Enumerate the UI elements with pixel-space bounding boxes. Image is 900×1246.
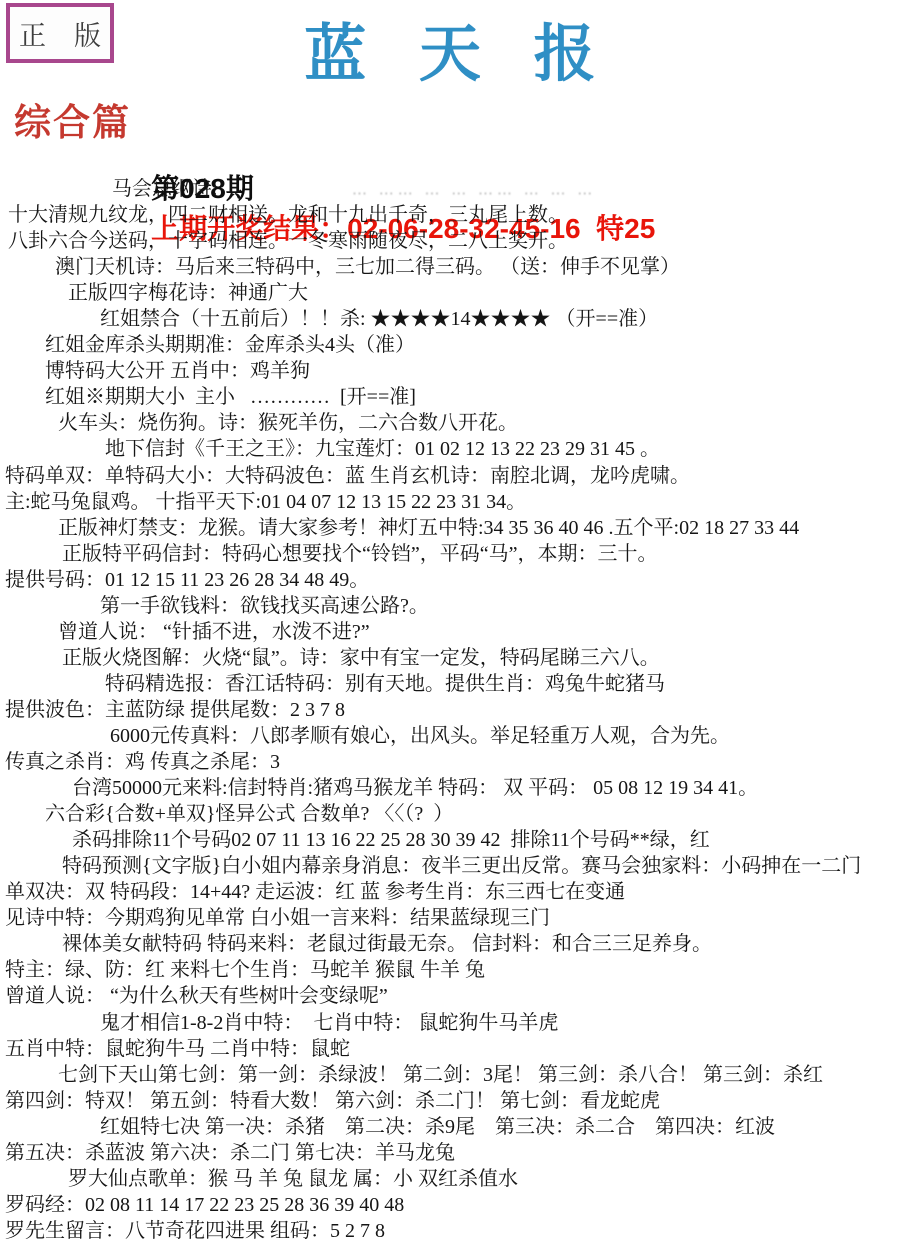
text-line: 特码预测{文字版}白小姐内幕亲身消息：夜半三更出反常。赛马会独家料：小码抻在一二…: [0, 853, 900, 879]
text-line: 正版四字梅花诗：神通广大: [0, 280, 900, 306]
text-line: 火车头：烧伤狗。诗：猴死羊伤，二六合数八开花。: [0, 410, 900, 436]
text-line: 正版特平码信封：特码心想要找个“铃铛”，平码“马”，本期：三十。: [0, 541, 900, 567]
text-line: 第一手欲钱料：欲钱找买高速公路?。: [0, 593, 900, 619]
text-line: 红姐禁合（十五前后）！！杀: ★★★★14★★★★ （开==准）: [0, 306, 900, 332]
text-line: 罗大仙点歌单：猴 马 羊 兔 鼠龙 属：小 双红杀值水: [0, 1166, 900, 1192]
text-line: 杀码排除11个号码02 07 11 13 16 22 25 28 30 39 4…: [0, 827, 900, 853]
text-line: 正版火烧图解：火烧“鼠”。诗：家中有宝一定发，特码尾睇三六八。: [0, 645, 900, 671]
text-line: 七剑下天山第七剑：第一剑：杀绿波！ 第二剑：3尾！ 第三剑：杀八合！ 第三剑：杀…: [0, 1062, 900, 1088]
text-line: 马会总纲诗:: [0, 176, 900, 202]
text-line: 主:蛇马兔鼠鸡。 十指平天下:01 04 07 12 13 15 22 23 3…: [0, 489, 900, 515]
text-line: 六合彩{合数+单双}怪异公式 合数单? 〈〈（? ）: [0, 801, 900, 827]
text-line: 单双决：双 特码段：14+44? 走运波：红 蓝 参考生肖：东三西七在变通: [0, 879, 900, 905]
text-line: 6000元传真料：八郎孝顺有娘心，出风头。举足轻重万人观，合为先。: [0, 723, 900, 749]
text-line: 提供波色：主蓝防绿 提供尾数：2 3 7 8: [0, 697, 900, 723]
text-line: 红姐特七决 第一决：杀猪 第二决：杀9尾 第三决：杀二合 第四决：红波: [0, 1114, 900, 1140]
text-line: 特码精选报：香江话特码：别有天地。提供生肖：鸡兔牛蛇猪马: [0, 671, 900, 697]
text-line: 罗先生留言：八节奇花四进果 组码：5 2 7 8: [0, 1218, 900, 1244]
text-line: 曾道人说： “为什么秋天有些树叶会变绿呢”: [0, 983, 900, 1009]
text-line: 提供号码：01 12 15 11 23 26 28 34 48 49。: [0, 567, 900, 593]
text-line: 传真之杀肖：鸡 传真之杀尾：3: [0, 749, 900, 775]
text-line: 澳门天机诗：马后来三特码中，三七加二得三码。 （送：伸手不见掌）: [0, 254, 900, 280]
text-line: 鬼才相信1-8-2肖中特： 七肖中特： 鼠蛇狗牛马羊虎: [0, 1010, 900, 1036]
text-line: 第五决：杀蓝波 第六决：杀二门 第七决：羊马龙兔: [0, 1140, 900, 1166]
text-line: 曾道人说： “针插不进，水泼不进?”: [0, 619, 900, 645]
text-line: 十大清规九纹龙，四二财相送。龙和十九出千奇，三丸尾上数。: [0, 202, 900, 228]
text-line: 第四剑：特双！ 第五剑：特看大数！ 第六剑：杀二门！ 第七剑：看龙蛇虎: [0, 1088, 900, 1114]
text-line: 台湾50000元来料:信封特肖:猪鸡马猴龙羊 特码： 双 平码： 05 08 1…: [0, 775, 900, 801]
text-line: 特主：绿、防：红 来料七个生肖：马蛇羊 猴鼠 牛羊 兔: [0, 957, 900, 983]
text-line: 罗码经：02 08 11 14 17 22 23 25 28 36 39 40 …: [0, 1192, 900, 1218]
text-line: 八卦六合今送码，十字码相连。一冬寒雨随夜尽，二八上奖开。: [0, 228, 900, 254]
text-line: 地下信封《千王之王》：九宝莲灯：01 02 12 13 22 23 29 31 …: [0, 436, 900, 462]
text-line: 红姐金库杀头期期准：金库杀头4头（准）: [0, 332, 900, 358]
text-line: 博特码大公开 五肖中：鸡羊狗: [0, 358, 900, 384]
section-title: 综合篇: [14, 92, 131, 146]
text-line: 特码单双：单特码大小：大特码波色：蓝 生肖玄机诗：南腔北调，龙吟虎啸。: [0, 463, 900, 489]
text-line: 红姐※期期大小 主小 ………… [开==准]: [0, 384, 900, 410]
newspaper-page: 正版 蓝天报 综合篇 第028期 上期开奖结果：02-06-28-32-45-1…: [0, 0, 900, 1246]
text-line: 见诗中特：今期鸡狗见单常 白小姐一言来料：结果蓝绿现三门: [0, 905, 900, 931]
text-line: 正版神灯禁支：龙猴。请大家参考！神灯五中特:34 35 36 40 46 .五个…: [0, 515, 900, 541]
content-lines: 马会总纲诗:十大清规九纹龙，四二财相送。龙和十九出千奇，三丸尾上数。八卦六合今送…: [0, 176, 900, 1244]
text-line: 裸体美女献特码 特码来料：老鼠过街最无奈。 信封料：和合三三足养身。: [0, 931, 900, 957]
page-title: 蓝天报: [0, 4, 900, 93]
text-line: 五肖中特：鼠蛇狗牛马 二肖中特：鼠蛇: [0, 1036, 900, 1062]
